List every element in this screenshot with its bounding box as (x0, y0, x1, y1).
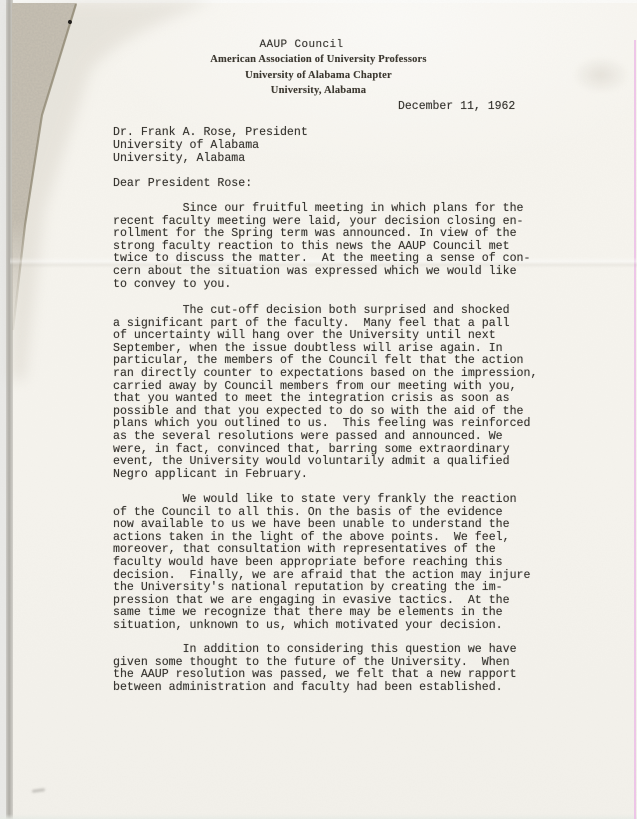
body-paragraph-3: We would like to state very frankly the … (113, 494, 530, 633)
letterhead-council: AAUP Council (0, 39, 620, 51)
scan-edge-bottom (0, 814, 637, 819)
letterhead-chapter: University of Alabama Chapter (0, 70, 637, 81)
body-paragraph-2: The cut-off decision both surprised and … (113, 305, 537, 481)
recipient-city: University, Alabama (113, 152, 245, 165)
pencil-mark (32, 788, 45, 793)
body-paragraph-1: Since our fruitful meeting in which plan… (113, 203, 530, 291)
date-line: December 11, 1962 (398, 100, 515, 113)
letterhead-association: American Association of University Profe… (0, 54, 637, 65)
letterhead-location: University, Alabama (0, 85, 637, 96)
recipient-institution: University of Alabama (113, 139, 259, 152)
salutation: Dear President Rose: (113, 177, 252, 190)
body-paragraph-4: In addition to considering this question… (113, 644, 517, 694)
scan-edge-pink-line (634, 40, 636, 819)
recipient-name: Dr. Frank A. Rose, President (113, 126, 308, 139)
letter-page: AAUP Council American Association of Uni… (0, 0, 637, 819)
